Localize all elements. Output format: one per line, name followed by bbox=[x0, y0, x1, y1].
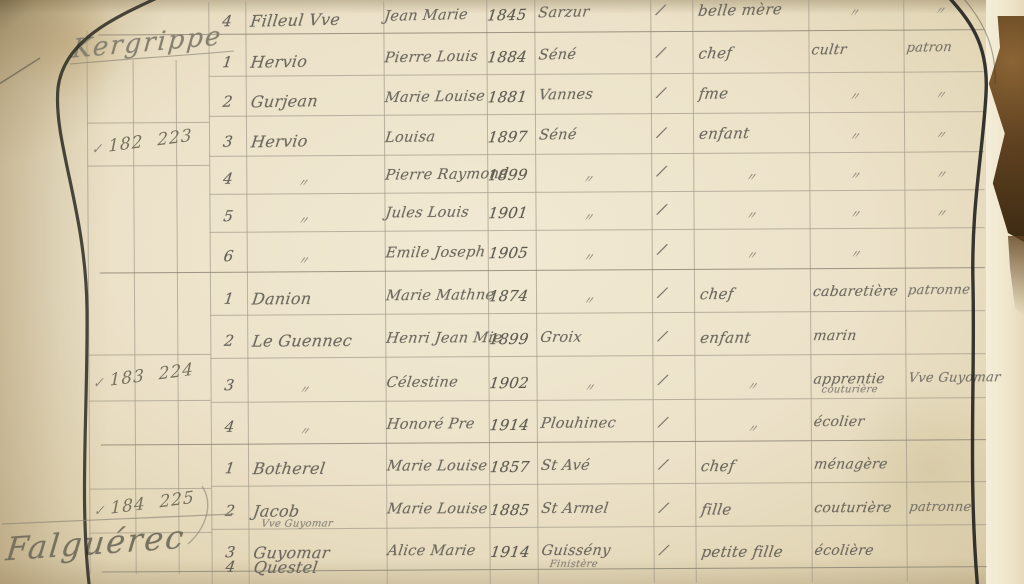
nationality-mark: / bbox=[658, 455, 669, 473]
birthplace: 〃 bbox=[581, 171, 594, 187]
employer: 〃 bbox=[935, 205, 948, 221]
employer: patronne bbox=[908, 500, 972, 515]
line-number: 3 bbox=[223, 376, 235, 394]
given-names: Marie Louise bbox=[386, 458, 488, 474]
occupation: écolière bbox=[813, 543, 874, 559]
nationality-mark: / bbox=[657, 240, 668, 258]
birth-year: 1901 bbox=[487, 204, 529, 222]
employer: patron bbox=[906, 40, 953, 56]
nationality-mark: / bbox=[658, 498, 669, 516]
table-row: 3〃Célestine1902〃/〃apprentiecouturièreVve… bbox=[0, 352, 1024, 404]
nationality-mark: / bbox=[657, 327, 668, 345]
relationship: 〃 bbox=[744, 169, 757, 185]
occupation: 〃 bbox=[848, 167, 861, 183]
line-number: 6 bbox=[223, 247, 235, 265]
relationship: enfant bbox=[699, 329, 752, 347]
line-number: 4 bbox=[222, 170, 234, 188]
given-names: Célestine bbox=[385, 374, 459, 391]
birth-year: 1905 bbox=[488, 244, 530, 262]
birth-year: 1845 bbox=[486, 6, 528, 25]
line-number: 4 bbox=[224, 418, 236, 436]
birthplace: 〃 bbox=[583, 379, 596, 395]
given-names: Henri Jean Mie bbox=[385, 330, 503, 347]
line-number: 2 bbox=[223, 332, 235, 350]
given-names: Emile Joseph bbox=[385, 244, 487, 261]
census-table: ✓182223✓183224✓1842254Filleul VveJean Ma… bbox=[0, 0, 1024, 584]
birthplace: St Armel bbox=[540, 501, 609, 517]
birthplace: St Avé bbox=[540, 458, 591, 474]
surname: Danion bbox=[251, 289, 313, 309]
given-names: Pierre Louis bbox=[384, 49, 479, 67]
nationality-mark: / bbox=[656, 123, 667, 141]
line-number: 5 bbox=[222, 207, 234, 225]
nationality-mark: / bbox=[657, 200, 668, 218]
occupation: 〃 bbox=[848, 128, 861, 144]
surname: 〃 bbox=[296, 175, 309, 191]
relationship: petite fille bbox=[700, 543, 784, 561]
line-number: 4 bbox=[224, 558, 236, 576]
birth-year: 1897 bbox=[487, 128, 529, 147]
employer: 〃 bbox=[933, 2, 946, 18]
birth-year: 1914 bbox=[489, 416, 531, 434]
given-names: Louisa bbox=[384, 129, 436, 146]
table-row: 4〃Honoré Pre1914Plouhinec/〃écolier bbox=[1, 397, 1024, 445]
surname: Hervio bbox=[250, 131, 309, 151]
employer: patronne bbox=[907, 283, 971, 299]
surname: Botherel bbox=[252, 459, 327, 478]
nationality-mark: / bbox=[658, 413, 669, 431]
nationality-mark: / bbox=[657, 283, 668, 301]
occupation: 〃 bbox=[847, 4, 860, 20]
relationship: 〃 bbox=[746, 420, 759, 436]
birthplace: Sarzur bbox=[537, 4, 590, 21]
occupation: 〃 bbox=[849, 246, 862, 262]
occupation: ménagère bbox=[813, 456, 889, 472]
nationality-mark: / bbox=[658, 371, 669, 389]
table-row: 1BotherelMarie Louise1857St Avé/chefména… bbox=[1, 440, 1024, 486]
line-number: 3 bbox=[222, 133, 234, 151]
employer: 〃 bbox=[934, 127, 947, 143]
birthplace: 〃 bbox=[582, 292, 595, 308]
birth-year: 1899 bbox=[487, 166, 529, 185]
relationship: chef bbox=[699, 285, 735, 303]
surname: 〃 bbox=[297, 212, 310, 228]
nationality-mark: / bbox=[655, 1, 666, 19]
employer: 〃 bbox=[934, 87, 947, 103]
surname: 〃 bbox=[297, 252, 310, 268]
employer: 〃 bbox=[934, 166, 947, 182]
birthplace: Séné bbox=[538, 47, 578, 64]
occupation: marin bbox=[812, 328, 857, 344]
employer: Vve Guyomar bbox=[908, 370, 1002, 386]
relationship: fille bbox=[700, 500, 733, 518]
relationship: enfant bbox=[698, 124, 751, 143]
relationship: 〃 bbox=[746, 378, 759, 394]
birthplace: Séné bbox=[538, 127, 578, 144]
nationality-mark: / bbox=[656, 83, 667, 101]
birthplace: Groix bbox=[539, 330, 583, 346]
given-names: Marie Louise bbox=[386, 501, 488, 517]
nationality-mark: / bbox=[656, 162, 667, 180]
birthplace: 〃 bbox=[582, 209, 595, 225]
birthplace: 〃 bbox=[582, 249, 595, 265]
surname: Gurjean bbox=[250, 91, 319, 111]
birth-year: 1857 bbox=[489, 458, 531, 476]
birthplace: Guissény bbox=[540, 543, 611, 559]
birth-year: 1884 bbox=[487, 48, 529, 67]
relationship: chef bbox=[697, 44, 733, 63]
birth-year: 1885 bbox=[489, 501, 531, 519]
line-number: 1 bbox=[222, 53, 234, 71]
occupation: 〃 bbox=[848, 88, 861, 104]
table-row: 2Le GuennecHenri Jean Mie1899Groix/enfan… bbox=[0, 310, 1024, 359]
surname: 〃 bbox=[298, 423, 311, 439]
birth-year: 1874 bbox=[488, 287, 530, 305]
occupation: 〃 bbox=[849, 206, 862, 222]
relationship: chef bbox=[700, 457, 736, 475]
occupation: cabaretière bbox=[812, 283, 899, 300]
occupation: couturière bbox=[813, 500, 893, 516]
occupation: écolier bbox=[813, 414, 866, 430]
surname: Le Guennec bbox=[251, 331, 353, 351]
given-names: Alice Marie bbox=[386, 543, 476, 559]
nationality-mark: / bbox=[659, 541, 670, 559]
line-number: 2 bbox=[222, 93, 234, 111]
birth-year: 1914 bbox=[489, 543, 531, 561]
line-number: 1 bbox=[223, 290, 235, 308]
line-number: 1 bbox=[224, 459, 236, 477]
table-row: 4Questel bbox=[2, 569, 1024, 584]
relationship: fme bbox=[698, 84, 730, 103]
surname: Questel bbox=[252, 558, 319, 577]
relationship: belle mère bbox=[697, 0, 783, 20]
occupation-note: couturière bbox=[821, 384, 879, 395]
birthplace: Vannes bbox=[538, 87, 594, 104]
relationship: 〃 bbox=[745, 207, 758, 223]
birth-year: 1899 bbox=[488, 330, 530, 348]
given-names: Marie Louise bbox=[384, 88, 486, 106]
given-names: Jean Marie bbox=[383, 7, 469, 25]
birthplace: Plouhinec bbox=[540, 415, 617, 431]
relationship: 〃 bbox=[745, 247, 758, 263]
surname: Hervio bbox=[250, 52, 309, 72]
given-names: Honoré Pre bbox=[386, 416, 476, 433]
line-number: 2 bbox=[224, 502, 236, 520]
census-page-photo: ✓182223✓183224✓1842254Filleul VveJean Ma… bbox=[0, 0, 1024, 584]
birth-year: 1881 bbox=[487, 88, 529, 107]
surname: 〃 bbox=[298, 382, 311, 398]
nationality-mark: / bbox=[656, 43, 667, 61]
given-names: Jules Louis bbox=[384, 204, 470, 221]
surname: Filleul Vve bbox=[249, 10, 341, 31]
birth-year: 1902 bbox=[488, 374, 530, 392]
occupation: cultr bbox=[811, 42, 848, 59]
given-names: Marie Mathne bbox=[385, 287, 496, 304]
